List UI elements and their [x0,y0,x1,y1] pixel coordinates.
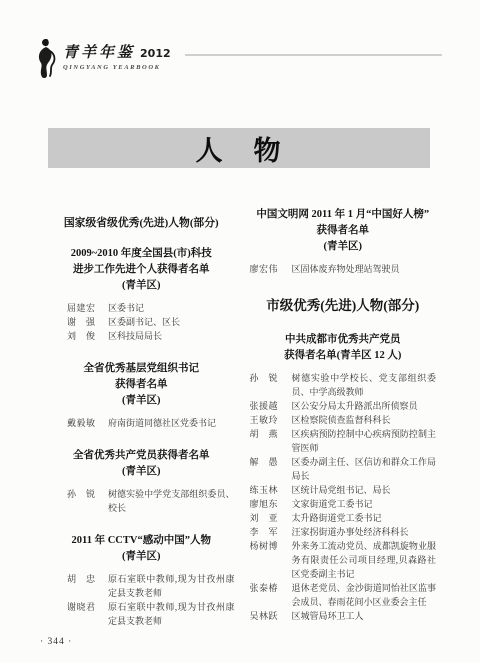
award-section-science-progress: 2009~2010 年度全国县(市)科技 进步工作先进个人获得者名单 (青羊区)… [48,246,235,343]
person-entry: 胡 忠 原石室联中教师,现为甘孜州康定县支教老师 [48,572,235,600]
person-title-desc: 区统计局党组书记、局长 [292,483,437,497]
person-title-desc: 外来务工流动党员、成都凯旋物业服务有限责任公司项目经理,贝森路社区党委副主书记 [292,539,437,581]
national-provincial-heading: 国家级省级优秀(先进)人物(部分) [48,215,235,230]
person-entry: 孙 锐 树德实验中学校长、党支部组织委员、中学高级教师 [250,371,437,399]
award-title-line: (青羊区) [48,464,235,480]
person-title-desc: 区公安分局太升路派出所侦察员 [292,399,437,413]
person-title-desc: 区城管局环卫工人 [292,609,437,623]
yearbook-title-en: QINGYANG YEARBOOK [63,64,171,71]
person-name: 张援越 [250,399,292,413]
person-name: 练玉林 [250,483,292,497]
person-entry: 廖宏伟 区固体废弃物处理站驾驶员 [250,262,437,276]
person-entry: 李 军 汪家拐街道办事处经济科科长 [250,525,437,539]
person-title-desc: 树德实验中学校长、党支部组织委员、中学高级教师 [292,371,437,399]
person-name: 刘 俊 [67,329,108,343]
person-name: 胡 忠 [67,572,108,600]
person-name: 孙 锐 [250,371,292,399]
award-title-line: 中共成都市优秀共产党员 [250,332,437,348]
person-title-desc: 区科技局局长 [108,329,235,343]
person-list: 屈建宏 区委书记 谢 强 区委副书记、区长 刘 俊 区科技局局长 [48,301,235,343]
ink-figure-icon [36,38,58,80]
person-title-desc: 府南街道同德社区党委书记 [108,416,235,430]
award-title-line: (青羊区) [250,239,437,255]
award-title-line: 获得者名单 [250,223,437,239]
person-name: 吴林跃 [250,609,292,623]
person-title-desc: 文家街道党工委书记 [292,497,437,511]
person-name: 廖宏伟 [250,262,292,276]
yearbook-title-cn: 青羊年鉴 [63,41,135,62]
person-entry: 谢晓君 原石室联中教师,现为甘孜州康定县支教老师 [48,600,235,628]
person-title-desc: 区固体废弃物处理站驾驶员 [292,262,437,276]
person-entry: 戴毅敏 府南街道同德社区党委书记 [48,416,235,430]
page-body: 国家级省级优秀(先进)人物(部分) 2009~2010 年度全国县(市)科技 进… [48,205,436,628]
award-section-cctv-moving-china: 2011 年 CCTV“感动中国”人物 (青羊区) 胡 忠 原石室联中教师,现为… [48,533,235,628]
person-title-desc: 太升路街道党工委书记 [292,511,437,525]
person-title-desc: 汪家拐街道办事处经济科科长 [292,525,437,539]
person-title-desc: 区委书记 [108,301,235,315]
award-title-line: 获得者名单(青羊区 12 人) [250,348,437,364]
person-name: 李 军 [250,525,292,539]
person-list: 廖宏伟 区固体废弃物处理站驾驶员 [250,262,437,276]
person-name: 胡 燕 [250,427,292,455]
award-title: 全省优秀基层党组织书记 获得者名单 (青羊区) [48,361,235,409]
person-title-desc: 树德实验中学党支部组织委员、校长 [108,487,235,515]
person-title-desc: 原石室联中教师,现为甘孜州康定县支教老师 [108,600,235,628]
person-name: 屈建宏 [67,301,108,315]
person-title-desc: 区疾病预防控制中心疾病预防控制主管医师 [292,427,437,455]
award-title: 全省优秀共产党员获得者名单 (青羊区) [48,448,235,480]
person-entry: 张援越 区公安分局太升路派出所侦察员 [250,399,437,413]
person-entry: 吴林跃 区城管局环卫工人 [250,609,437,623]
award-title-line: 获得者名单 [48,377,235,393]
person-entry: 廖旭东 文家街道党工委书记 [250,497,437,511]
page-number: · 344 · [40,637,72,647]
person-entry: 张泰椿 退休老党员、金沙街道同怡社区监事会成员、春雨花间小区业委会主任 [250,581,437,609]
person-entry: 刘 亚 太升路街道党工委书记 [250,511,437,525]
masthead: 青羊年鉴 2012 QINGYANG YEARBOOK [36,38,442,80]
person-name: 杨树博 [250,539,292,581]
person-name: 解 愚 [250,455,292,483]
person-name: 王敏玲 [250,413,292,427]
chapter-title: 人 物 [196,129,283,168]
award-section-provincial-party-member: 全省优秀共产党员获得者名单 (青羊区) 孙 锐 树德实验中学党支部组织委员、校长 [48,448,235,515]
person-title-desc: 退休老党员、金沙街道同怡社区监事会成员、春雨花间小区业委会主任 [292,581,437,609]
person-entry: 孙 锐 树德实验中学党支部组织委员、校长 [48,487,235,515]
person-entry: 胡 燕 区疾病预防控制中心疾病预防控制主管医师 [250,427,437,455]
award-title-line: 全省优秀共产党员获得者名单 [48,448,235,464]
award-section-china-good-person: 中国文明网 2011 年 1 月“中国好人榜” 获得者名单 (青羊区) 廖宏伟 … [250,207,437,276]
person-name: 廖旭东 [250,497,292,511]
person-entry: 杨树博 外来务工流动党员、成都凯旋物业服务有限责任公司项目经理,贝森路社区党委副… [250,539,437,581]
award-title: 中国文明网 2011 年 1 月“中国好人榜” 获得者名单 (青羊区) [250,207,437,255]
award-section-chengdu-party-member: 中共成都市优秀共产党员 获得者名单(青羊区 12 人) 孙 锐 树德实验中学校长… [250,332,437,623]
person-title-desc: 区检察院侦查监督科科长 [292,413,437,427]
person-entry: 刘 俊 区科技局局长 [48,329,235,343]
person-entry: 谢 强 区委副书记、区长 [48,315,235,329]
right-column: 中国文明网 2011 年 1 月“中国好人榜” 获得者名单 (青羊区) 廖宏伟 … [250,205,437,628]
person-name: 谢 强 [67,315,108,329]
person-list: 胡 忠 原石室联中教师,现为甘孜州康定县支教老师 谢晓君 原石室联中教师,现为甘… [48,572,235,628]
award-title: 2009~2010 年度全国县(市)科技 进步工作先进个人获得者名单 (青羊区) [48,246,235,294]
award-title-line: 2011 年 CCTV“感动中国”人物 [48,533,235,549]
yearbook-logo: 青羊年鉴 2012 QINGYANG YEARBOOK [36,38,171,80]
award-title-line: 进步工作先进个人获得者名单 [48,262,235,278]
yearbook-year: 2012 [140,47,171,60]
award-title-line: (青羊区) [48,549,235,565]
logo-text: 青羊年鉴 2012 QINGYANG YEARBOOK [63,38,171,71]
award-section-grassroots-secretary: 全省优秀基层党组织书记 获得者名单 (青羊区) 戴毅敏 府南街道同德社区党委书记 [48,361,235,430]
left-column: 国家级省级优秀(先进)人物(部分) 2009~2010 年度全国县(市)科技 进… [48,205,235,628]
person-name: 孙 锐 [67,487,108,515]
award-title: 中共成都市优秀共产党员 获得者名单(青羊区 12 人) [250,332,437,364]
person-entry: 解 愚 区委办副主任、区信访和群众工作局局长 [250,455,437,483]
person-name: 谢晓君 [67,600,108,628]
person-name: 张泰椿 [250,581,292,609]
person-name: 戴毅敏 [67,416,108,430]
person-name: 刘 亚 [250,511,292,525]
person-title-desc: 区委办副主任、区信访和群众工作局局长 [292,455,437,483]
person-entry: 王敏玲 区检察院侦查监督科科长 [250,413,437,427]
person-title-desc: 原石室联中教师,现为甘孜州康定县支教老师 [108,572,235,600]
municipal-heading: 市级优秀(先进)人物(部分) [250,294,437,314]
award-title-line: (青羊区) [48,278,235,294]
person-entry: 练玉林 区统计局党组书记、局长 [250,483,437,497]
person-list: 孙 锐 树德实验中学校长、党支部组织委员、中学高级教师 张援越 区公安分局太升路… [250,371,437,623]
award-title-line: 全省优秀基层党组织书记 [48,361,235,377]
award-title: 2011 年 CCTV“感动中国”人物 (青羊区) [48,533,235,565]
award-title-line: 中国文明网 2011 年 1 月“中国好人榜” [250,207,437,223]
award-title-line: (青羊区) [48,393,235,409]
award-title-line: 2009~2010 年度全国县(市)科技 [48,246,235,262]
person-list: 孙 锐 树德实验中学党支部组织委员、校长 [48,487,235,515]
chapter-banner: 人 物 [48,128,430,168]
person-entry: 屈建宏 区委书记 [48,301,235,315]
header-rule [185,54,442,56]
person-list: 戴毅敏 府南街道同德社区党委书记 [48,416,235,430]
person-title-desc: 区委副书记、区长 [108,315,235,329]
